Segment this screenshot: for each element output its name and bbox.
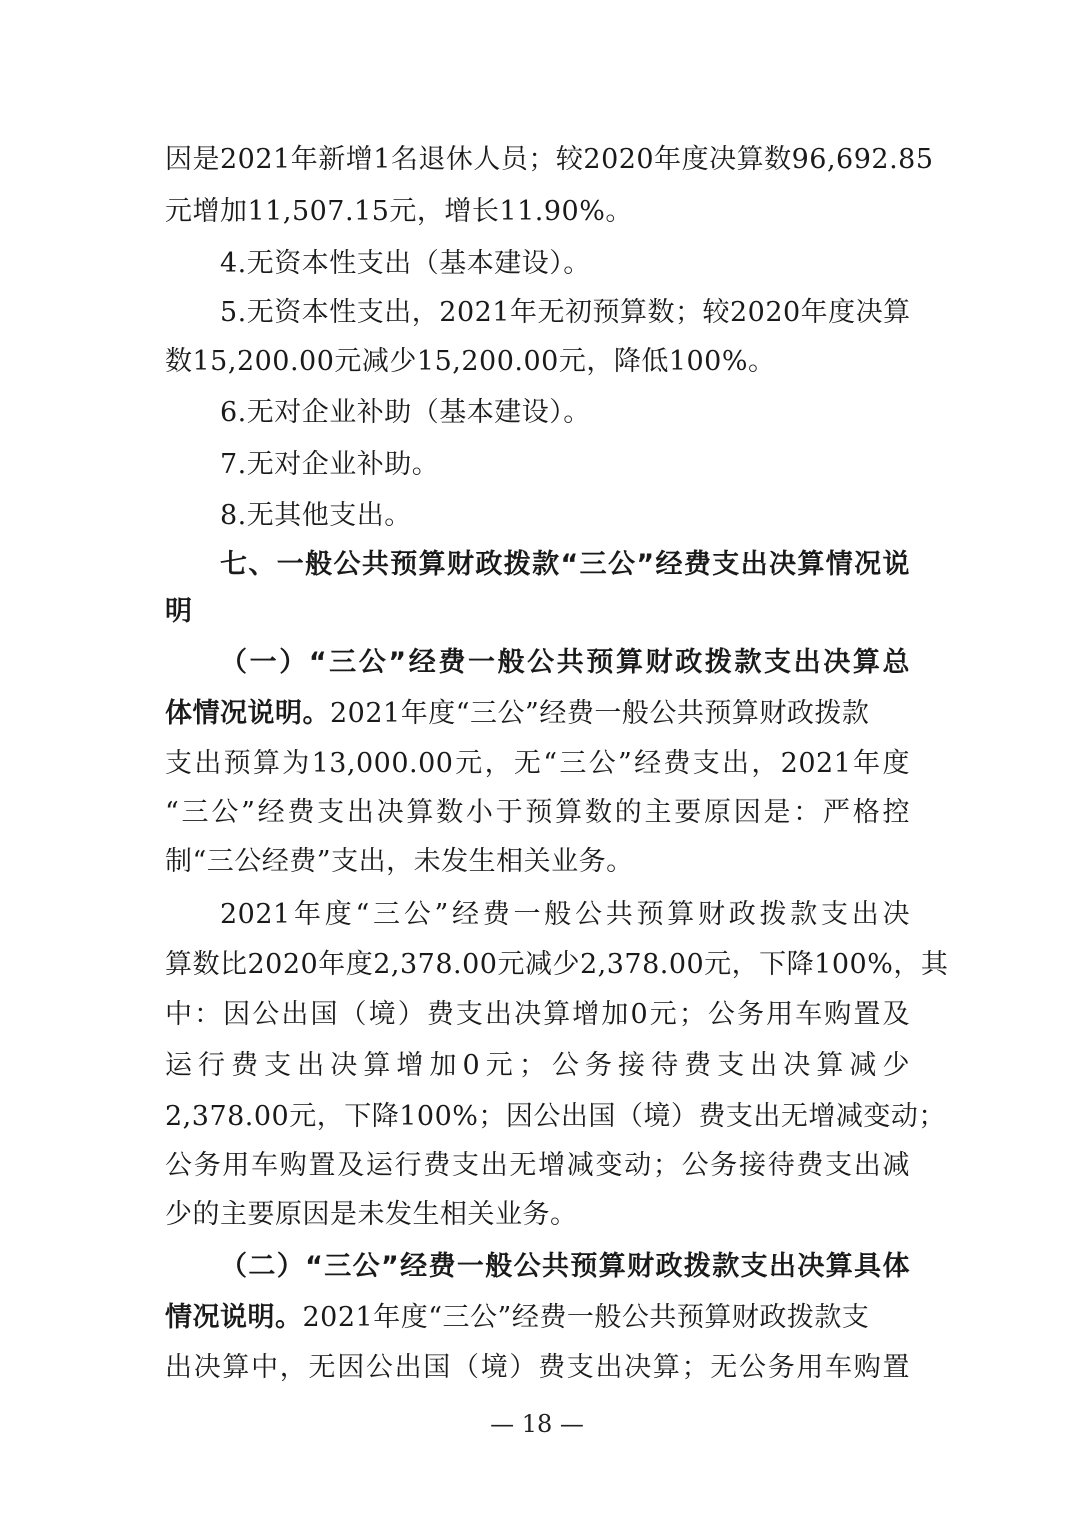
text-line: 2021年度“三公”经费一般公共预算财政拨款支出决 [220,895,910,935]
text-line: 2,378.00元，下降100%；因公出国（境）费支出无增减变动； [165,1097,910,1137]
text-line: 出决算中，无因公出国（境）费支出决算；无公务用车购置 [165,1348,910,1388]
subsection-heading-1-tail: 体情况说明。 [165,698,330,729]
text-line: 数15,200.00元减少15,200.00元，降低100%。 [165,342,910,382]
paragraph-text: 2021年度“三公”经费一般公共预算财政拨款 [330,698,869,729]
section-heading-7: 七、一般公共预算财政拨款“三公”经费支出决算情况说 [220,545,910,585]
text-line: 元增加11,507.15元，增长11.90%。 [165,192,910,232]
text-line: 体情况说明。2021年度“三公”经费一般公共预算财政拨款 [165,694,910,734]
subsection-heading-2-tail: 情况说明。 [165,1302,303,1333]
subsection-heading-1: （一）“三公”经费一般公共预算财政拨款支出决算总 [220,643,910,683]
page-number: — 18 — [0,1408,1074,1440]
list-item-8: 8.无其他支出。 [220,496,910,536]
text-line: “三公”经费支出决算数小于预算数的主要原因是：严格控 [165,793,910,833]
subsection-heading-2: （二）“三公”经费一般公共预算财政拨款支出决算具体 [220,1247,910,1287]
paragraph-text: 2021年度“三公”经费一般公共预算财政拨款支 [303,1302,870,1333]
text-line: 运行费支出决算增加0元；公务接待费支出决算减少 [165,1046,910,1086]
list-item-5: 5.无资本性支出，2021年无初预算数；较2020年度决算 [220,293,910,333]
list-item-4: 4.无资本性支出（基本建设）。 [220,244,910,284]
text-line: 支出预算为13,000.00元，无“三公”经费支出，2021年度 [165,744,910,784]
text-line: 算数比2020年度2,378.00元减少2,378.00元，下降100%，其 [165,945,910,985]
text-line: 中：因公出国（境）费支出决算增加0元；公务用车购置及 [165,995,910,1035]
document-page: 因是2021年新增1名退休人员；较2020年度决算数96,692.85 元增加1… [0,0,1074,1520]
list-item-7: 7.无对企业补助。 [220,445,910,485]
section-heading-7-cont: 明 [165,592,910,632]
text-line: 公务用车购置及运行费支出无增减变动；公务接待费支出减 [165,1146,910,1186]
text-line: 情况说明。2021年度“三公”经费一般公共预算财政拨款支 [165,1298,910,1338]
text-line: 因是2021年新增1名退休人员；较2020年度决算数96,692.85 [165,140,910,180]
text-line: 少的主要原因是未发生相关业务。 [165,1195,910,1235]
list-item-6: 6.无对企业补助（基本建设）。 [220,393,910,433]
text-line: 制“三公经费”支出，未发生相关业务。 [165,842,910,882]
